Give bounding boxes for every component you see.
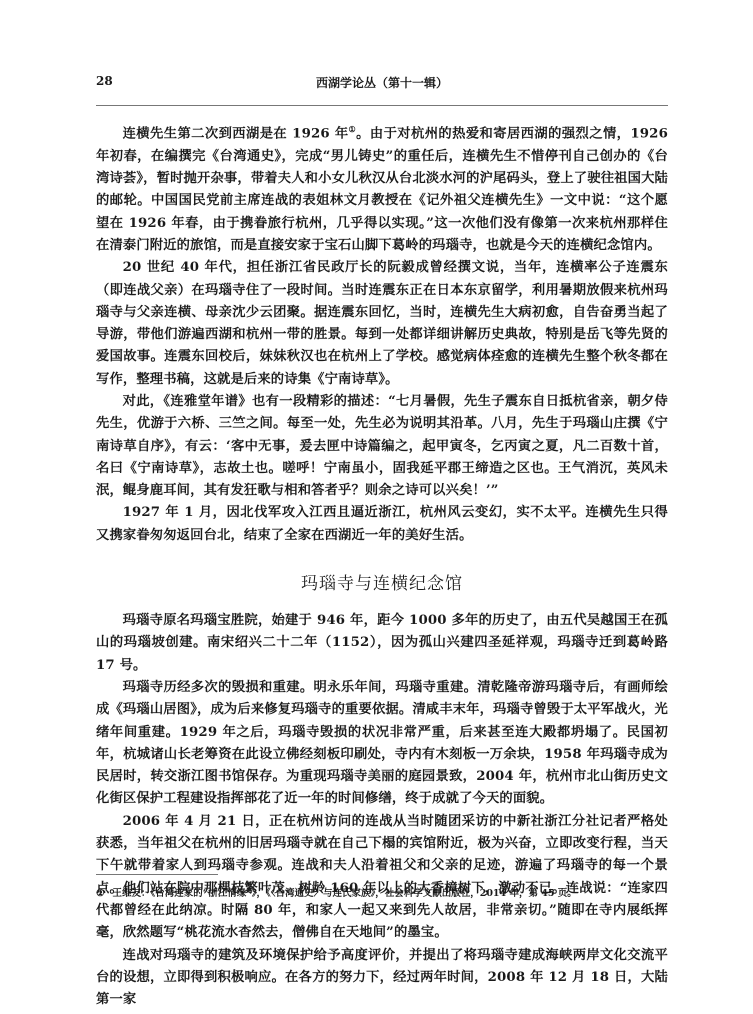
paragraph-text: 连横先生第二次到西湖是在 1926 年 xyxy=(123,126,349,141)
running-title: 西湖学论丛（第十一辑） xyxy=(96,74,668,91)
paragraph: 玛瑙寺历经多次的毁损和重建。明永乐年间，玛瑙寺重建。清乾隆帝游玛瑙寺后，有画师绘… xyxy=(96,677,668,811)
footnote: ①王维友：《台湾连家的“浙江情缘”》，《〈台湾通史〉与连氏家族》，社会科学文献出… xyxy=(96,885,668,899)
paragraph: 1927 年 1 月，因北伐军攻入江西且逼近浙江，杭州风云变幻，实不太平。连横先… xyxy=(96,502,668,547)
page-header: 28 西湖学论丛（第十一辑） xyxy=(96,74,668,96)
header-divider xyxy=(96,105,668,106)
paragraph: 连横先生第二次到西湖是在 1926 年①。由于对杭州的热爱和寄居西湖的强烈之情，… xyxy=(96,118,668,257)
paragraph-text: 。由于对杭州的热爱和寄居西湖的强烈之情，1926 年初春，在编撰完《台湾通史》，… xyxy=(96,126,668,252)
paragraph: 20 世纪 40 年代，担任浙江省民政厅长的阮毅成曾经撰文说，当年，连横率公子连… xyxy=(96,257,668,391)
footnote-text: 王维友：《台湾连家的“浙江情缘”》，《〈台湾通史〉与连氏家族》，社会科学文献出版… xyxy=(113,888,577,899)
footnote-mark: ① xyxy=(96,888,105,899)
paragraph: 2006 年 4 月 21 日，正在杭州访问的连战从当时随团采访的中新社浙江分社… xyxy=(96,811,668,945)
footnote-divider xyxy=(96,874,218,875)
footnote-reference[interactable]: ① xyxy=(349,124,357,134)
paragraph: 玛瑙寺原名玛瑙宝胜院，始建于 946 年，距今 1000 多年的历史了，由五代吴… xyxy=(96,610,668,677)
section-title: 玛瑙寺与连横纪念馆 xyxy=(96,569,668,594)
paragraph: 对此，《连雅堂年谱》也有一段精彩的描述：“七月暑假，先生子震东自日抵杭省亲，朝夕… xyxy=(96,391,668,502)
page-body: 连横先生第二次到西湖是在 1926 年①。由于对杭州的热爱和寄居西湖的强烈之情，… xyxy=(96,118,668,1011)
paragraph: 连战对玛瑙寺的建筑及环境保护给予高度评价，并提出了将玛瑙寺建成海峡两岸文化交流平… xyxy=(96,945,668,1012)
